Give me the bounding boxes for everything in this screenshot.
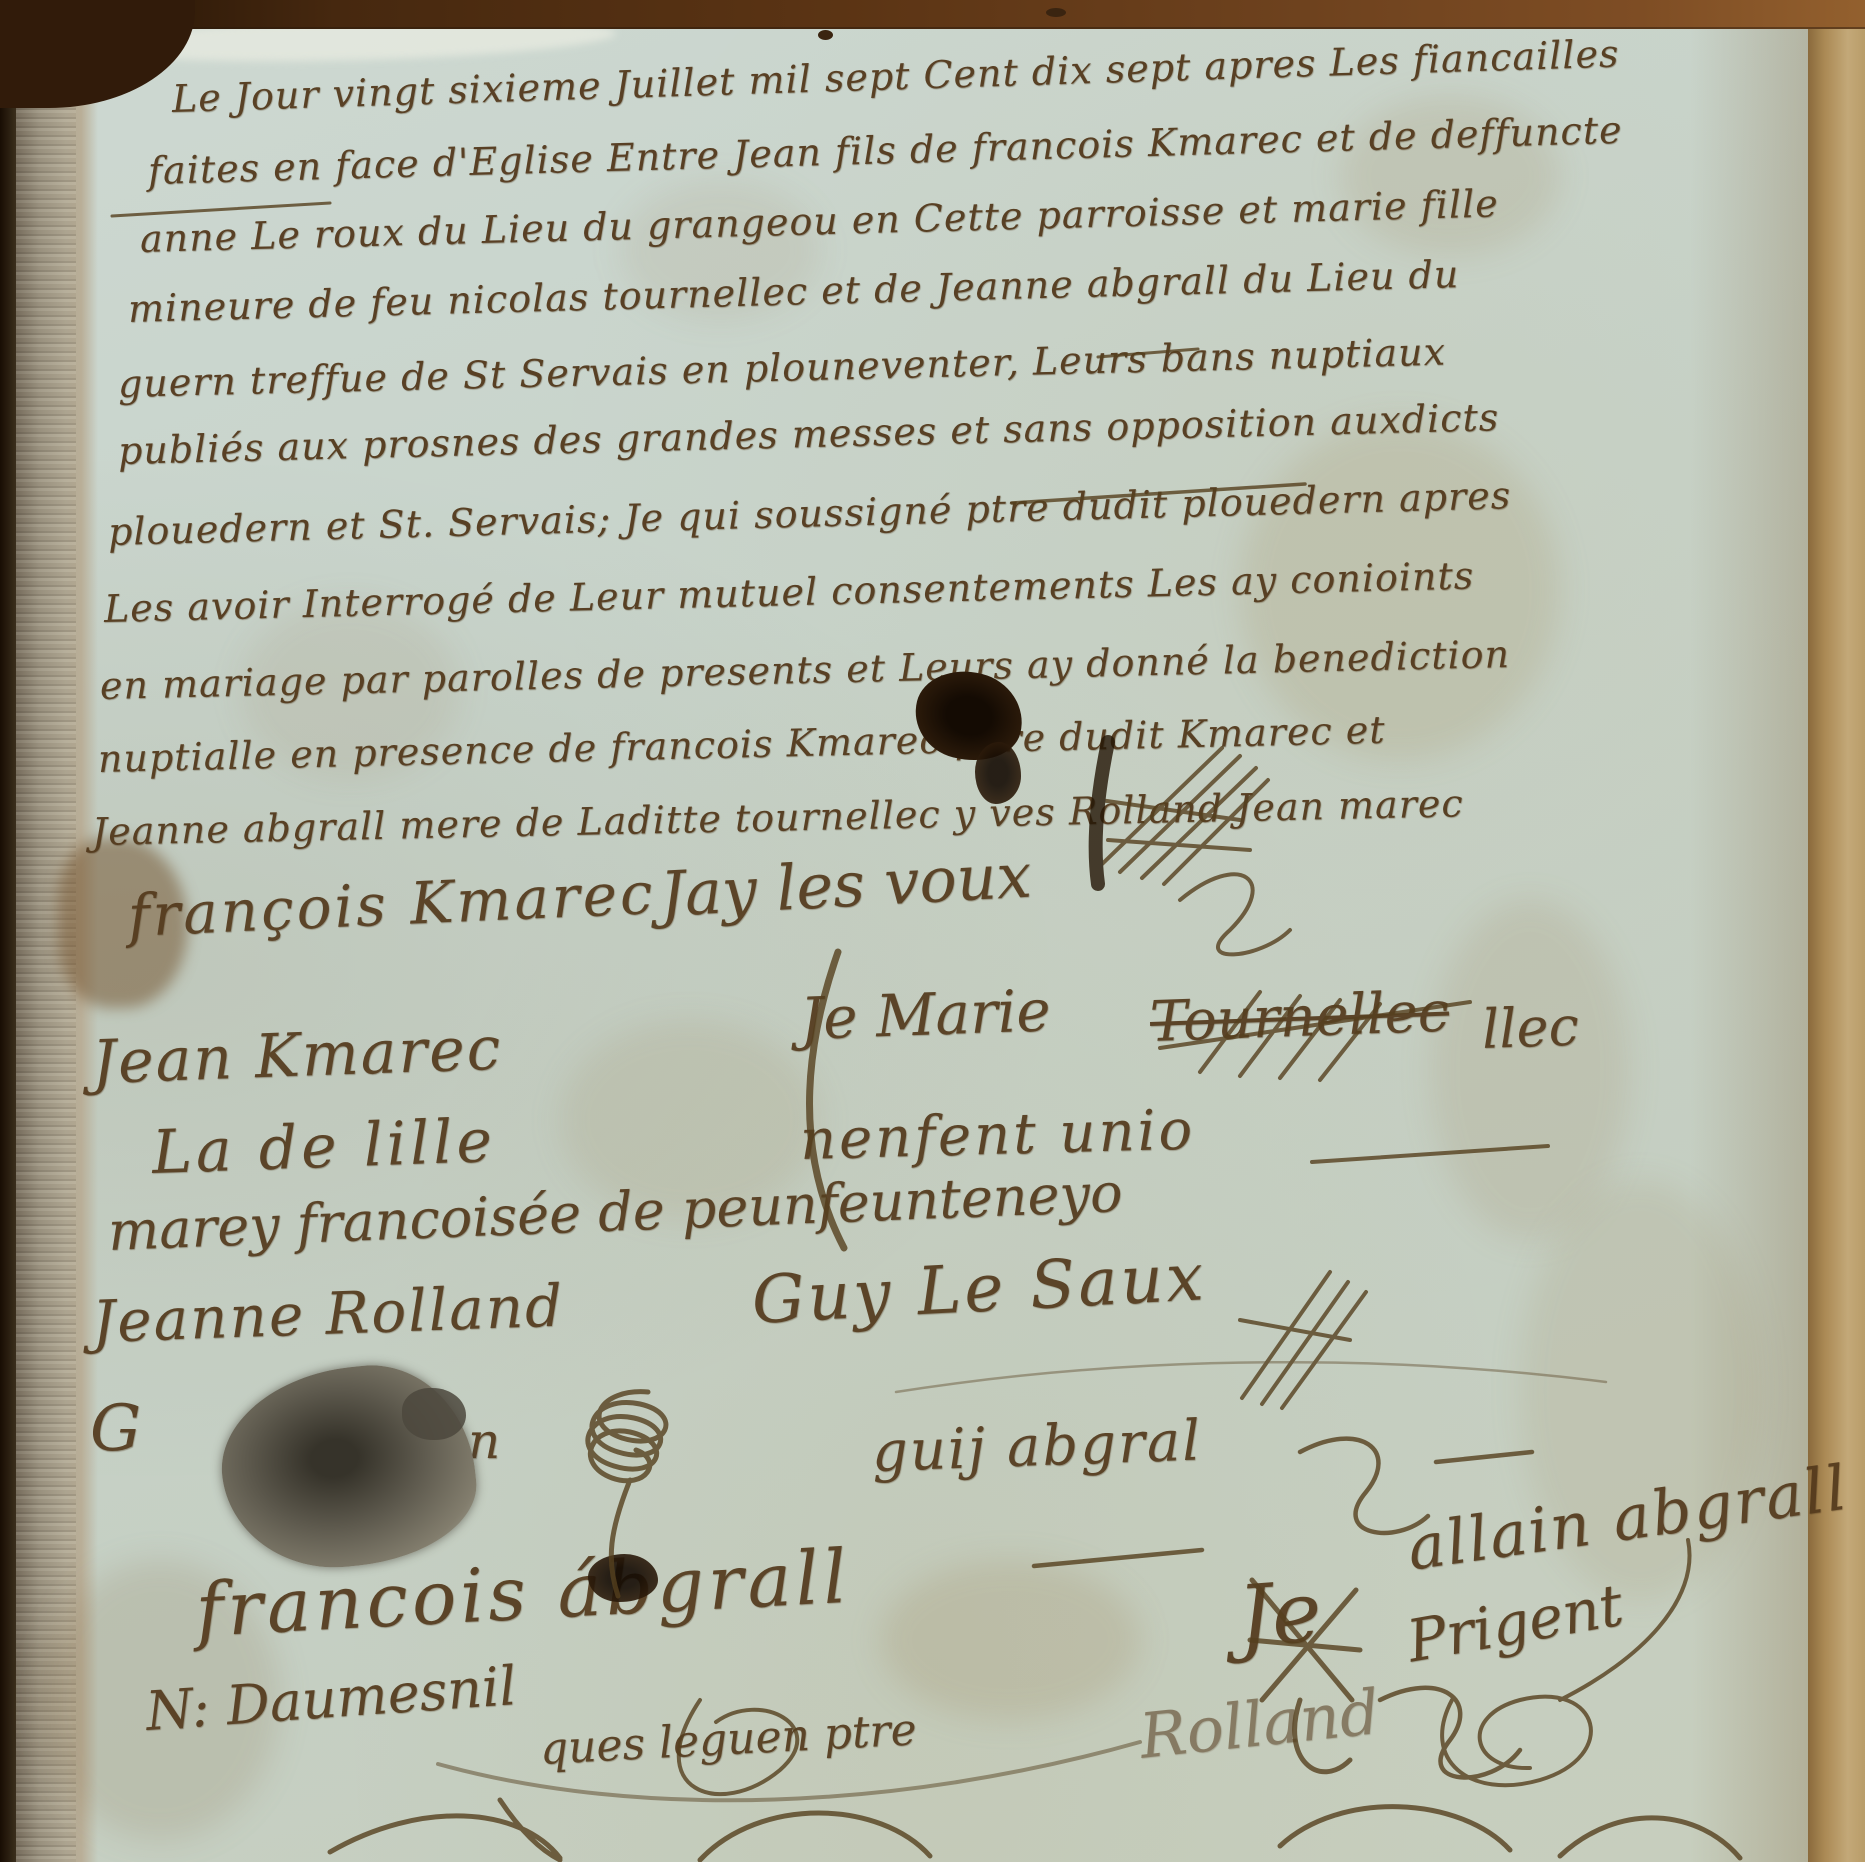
cross-out-je — [1250, 1580, 1360, 1772]
loop-leguen — [679, 1700, 798, 1794]
hatch-scribble-lesaux — [1240, 1272, 1366, 1408]
bottom-cutoff-flourishes — [330, 1800, 1740, 1860]
hatch-scribble-tournellec — [1160, 992, 1470, 1080]
overline-plouneventer — [1098, 349, 1198, 357]
long-j-stroke — [809, 952, 844, 1248]
coil-scribble — [588, 1392, 666, 1596]
overline-ptre — [1012, 484, 1305, 503]
hatch-scribble-voux — [1098, 748, 1290, 954]
ink-flourishes — [0, 0, 1865, 1862]
stroke-through-faites — [112, 203, 330, 216]
prigent-flourish — [1442, 1540, 1689, 1785]
manuscript-photo: Le Jour vingt sixieme Juillet mil sept C… — [0, 0, 1865, 1862]
dash-after-unio — [1312, 1146, 1548, 1162]
flourish-guij-abgral — [1034, 1439, 1532, 1566]
swash-daumesnil — [438, 1742, 1140, 1800]
